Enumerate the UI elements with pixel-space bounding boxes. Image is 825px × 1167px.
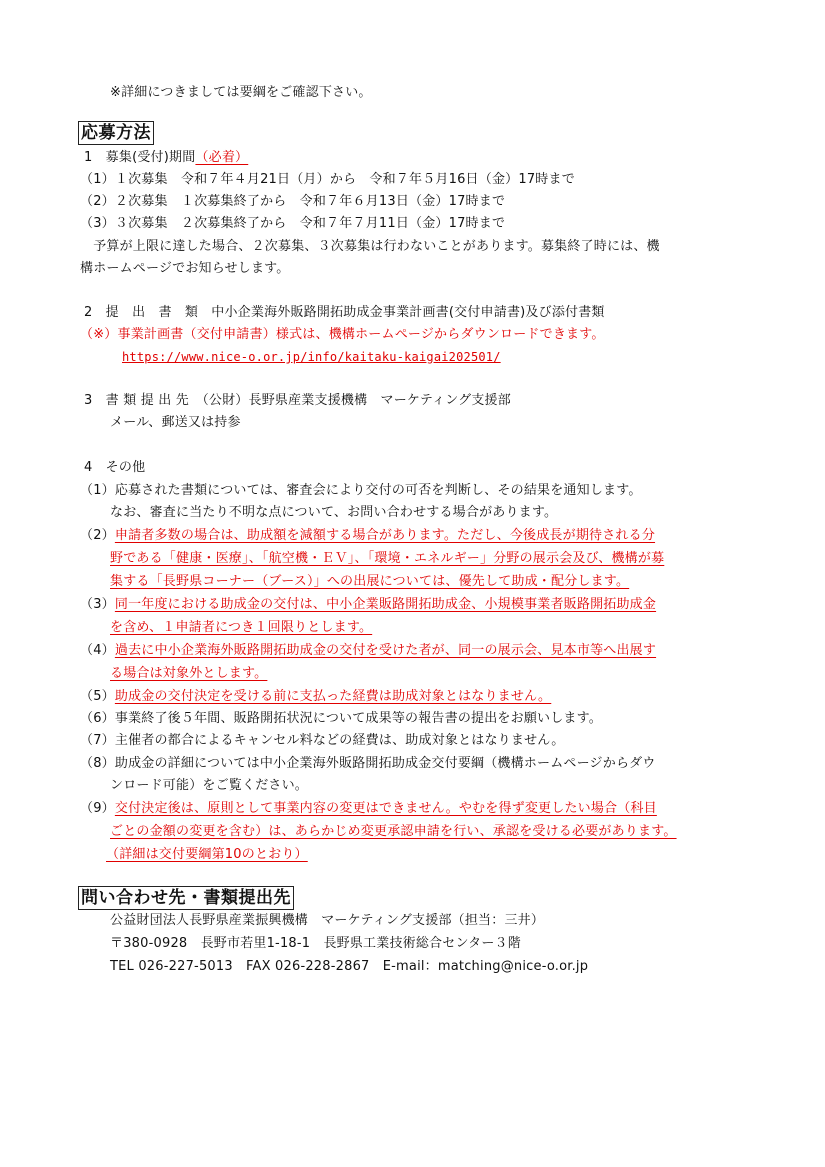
download-url-link[interactable]: https://www.nice-o.or.jp/info/kaitaku-ka… (122, 350, 501, 364)
contact-organization: 公益財団法人長野県産業振興機構 マーケティング支援部（担当：三井） (110, 912, 544, 930)
other-p6-line1: （6）事業終了後５年間、販路開拓状況について成果等の報告書の提出をお願いします。 (80, 710, 602, 728)
p5-number: （5） (80, 689, 115, 704)
other-p4-line1: （4）過去に中小企業海外販路開拓助成金の交付を受けた者が、同一の展示会、見本市等… (80, 642, 656, 660)
other-p9-line1: （9）交付決定後は、原則として事業内容の変更はできません。やむを得ず変更したい場… (80, 800, 657, 818)
item1-label: 1 募集(受付)期間 (84, 150, 195, 165)
other-p3-line1: （3）同一年度における助成金の交付は、中小企業販路開拓助成金、小規模事業者販路開… (80, 596, 656, 614)
budget-note-line1: 予算が上限に達した場合、２次募集、３次募集は行わないことがあります。募集終了時に… (80, 238, 660, 256)
other-p1-line2: なお、審査に当たり不明な点について、お問い合わせする場合があります。 (110, 504, 557, 522)
other-p5-line1: （5）助成金の交付決定を受ける前に支払った経費は助成対象とはなりません。 (80, 688, 551, 706)
other-p8-line1: （8）助成金の詳細については中小企業海外販路開拓助成金交付要綱（機構ホームページ… (80, 755, 656, 773)
p1-text: 応募された書類については、審査会により交付の可否を判断し、その結果を通知します。 (115, 483, 642, 498)
other-p9-line2: ごとの金額の変更を含む）は、あらかじめ変更承認申請を行い、承認を受ける必要があり… (110, 823, 677, 841)
round-2: （2）２次募集 １次募集終了から 令和７年６月13日（金）17時まで (80, 193, 505, 211)
item3-submission-method: メール、郵送又は持参 (110, 414, 241, 432)
p9-number: （9） (80, 801, 115, 816)
p3-number: （3） (80, 597, 115, 612)
item2-download-note: （※）事業計画書（交付申請書）様式は、機構ホームページからダウンロードできます。 (80, 326, 605, 344)
other-p4-line2: る場合は対象外とします。 (110, 665, 267, 683)
other-p2-line2: 野である「健康・医療」、「航空機・ＥＶ」、「環境・エネルギー」分野の展示会及び、… (110, 550, 664, 568)
section-title-application-method: 応募方法 (78, 121, 154, 145)
other-p1-line1: （1）応募された書類については、審査会により交付の可否を判断し、その結果を通知し… (80, 482, 642, 500)
p1-number: （1） (80, 483, 115, 498)
p8-number: （8） (80, 756, 115, 771)
round-3: （3）３次募集 ２次募集終了から 令和７年７月11日（金）17時まで (80, 215, 505, 233)
p8-text: 助成金の詳細については中小企業海外販路開拓助成金交付要綱（機構ホームページからダ… (115, 756, 656, 771)
required-arrival-note: （必着） (195, 150, 248, 165)
p6-number: （6） (80, 711, 115, 726)
p6-text: 事業終了後５年間、販路開拓状況について成果等の報告書の提出をお願いします。 (115, 711, 602, 726)
other-p8-line2: ンロード可能）をご覧ください。 (110, 777, 308, 795)
p4-number: （4） (80, 643, 115, 658)
contact-phone-fax-email: TEL 026-227-5013 FAX 026-228-2867 E-mail… (110, 958, 588, 976)
other-p2-line1: （2）申請者多数の場合は、助成額を減額する場合があります。ただし、今後成長が期待… (80, 527, 655, 545)
p2-number: （2） (80, 528, 115, 543)
item3-submission-destination: 3 書 類 提 出 先 （公財）長野県産業支援機構 マーケティング支援部 (84, 392, 511, 410)
detail-note: ※詳細につきましては要綱をご確認下さい。 (110, 84, 372, 102)
contact-address: 〒380-0928 長野市若里1-18-1 長野県工業技術総合センター３階 (110, 935, 521, 953)
other-p2-line3: 集する「長野県コーナー（ブース）」への出展については、優先して助成・配分します。 (110, 573, 629, 591)
other-p7-line1: （7）主催者の都合によるキャンセル料などの経費は、助成対象とはなりません。 (80, 732, 564, 750)
p5-text: 助成金の交付決定を受ける前に支払った経費は助成対象とはなりません。 (115, 689, 551, 704)
p7-text: 主催者の都合によるキャンセル料などの経費は、助成対象とはなりません。 (115, 733, 565, 748)
other-p9-line3: （詳細は交付要綱第10のとおり） (106, 846, 308, 864)
item4-other: 4 その他 (84, 459, 145, 477)
p4-text: 過去に中小企業海外販路開拓助成金の交付を受けた者が、同一の展示会、見本市等へ出展… (115, 643, 656, 658)
section-title-contact: 問い合わせ先・書類提出先 (78, 886, 294, 910)
round-1: （1）１次募集 令和７年４月21日（月）から 令和７年５月16日（金）17時まで (80, 171, 575, 189)
item1-heading: 1 募集(受付)期間（必着） (84, 149, 248, 167)
other-p3-line2: を含め、１申請者につき１回限りとします。 (110, 619, 372, 637)
p2-text: 申請者多数の場合は、助成額を減額する場合があります。ただし、今後成長が期待される… (115, 528, 655, 543)
p7-number: （7） (80, 733, 115, 748)
p3-text: 同一年度における助成金の交付は、中小企業販路開拓助成金、小規模事業者販路開拓助成… (115, 597, 656, 612)
p9-text: 交付決定後は、原則として事業内容の変更はできません。やむを得ず変更したい場合（科… (115, 801, 657, 816)
budget-note-line2: 構ホームページでお知らせします。 (80, 260, 290, 278)
item2-documents: 2 提 出 書 類 中小企業海外販路開拓助成金事業計画書(交付申請書)及び添付書… (84, 304, 605, 322)
